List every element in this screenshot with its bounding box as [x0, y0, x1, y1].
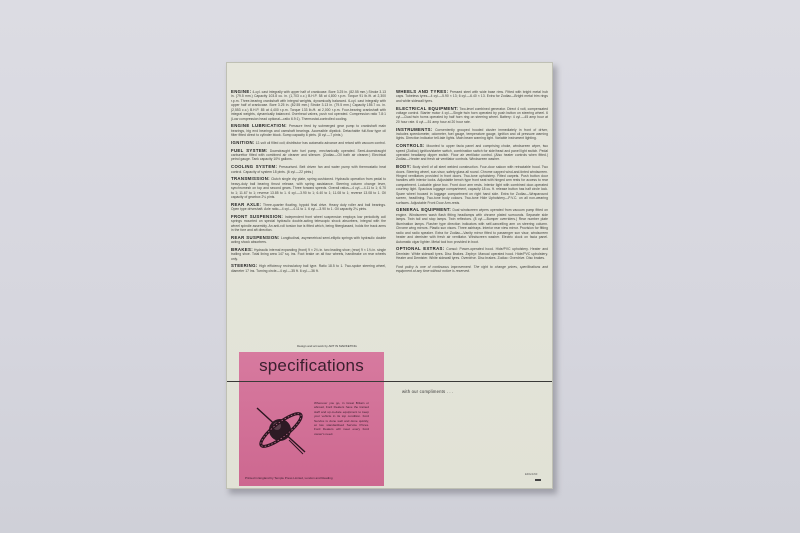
panel-title: specifications [239, 356, 384, 376]
spec-heading: Optional Extras: [396, 246, 445, 251]
spec-heading: Front Suspension: [231, 214, 283, 219]
spec-heading: Engine Lubrication: [231, 123, 287, 128]
spec-section: Optional Extras: Consul: Power-operated … [396, 247, 548, 260]
spec-heading: Ignition: [231, 140, 255, 145]
specifications-panel: specifications Wherever you go, in Great… [239, 352, 384, 486]
spec-heading: Body: [396, 164, 411, 169]
spec-heading: Wheels and Tyres: [396, 89, 448, 94]
spec-text: Dual windscreen wipers operated from vac… [396, 208, 548, 243]
spec-section: Electrical Equipment: Two-level combined… [396, 107, 548, 125]
spec-section: Brakes: Hydraulic internal expanding (fr… [231, 248, 386, 261]
spec-text: 12-volt oil filled coil; distributor has… [256, 141, 386, 145]
spec-section: Engine: 4-cyl. cast integrally with uppe… [231, 90, 386, 121]
dealer-service-text: Wherever you go, in Great Britain or abr… [314, 401, 369, 436]
spec-section: Engine Lubrication: Pressure feed by sub… [231, 124, 386, 137]
print-code: EDG/1/60 [525, 472, 537, 476]
spec-section: Wheels and Tyres: Pressed steel with wid… [396, 90, 548, 103]
spec-column-right: Wheels and Tyres: Pressed steel with wid… [396, 90, 548, 273]
spec-heading: General Equipment: [396, 207, 451, 212]
spec-text: Body shell of all steel welded construct… [396, 165, 548, 205]
spec-heading: Cooling System: [231, 164, 277, 169]
spec-section: Rear Suspension: Longitudinal, asymmetri… [231, 236, 386, 245]
spec-text: Hydraulic internal expanding (front) 9 ×… [231, 248, 386, 261]
spec-text: 4-cyl. cast integrally with upper half o… [231, 90, 386, 121]
design-credit: Design and art work by ART IN MARKETING [271, 344, 383, 348]
policy-note: Ford policy is one of continuous improve… [396, 265, 548, 274]
spec-column-left: Engine: 4-cyl. cast integrally with uppe… [231, 90, 386, 276]
spec-heading: Rear Axle: [231, 202, 261, 207]
spec-section: Ignition: 12-volt oil filled coil; distr… [231, 141, 386, 145]
spec-heading: Steering: [231, 263, 258, 268]
spec-section: Body: Body shell of all steel welded con… [396, 165, 548, 205]
spec-heading: Electrical Equipment: [396, 106, 458, 111]
globe-emblem-icon [253, 402, 309, 458]
spec-section: General Equipment: Dual windscreen wiper… [396, 208, 548, 244]
spec-heading: Controls: [396, 143, 425, 148]
spec-heading: Transmission: [231, 176, 270, 181]
spec-section: Instruments: Conveniently grouped hooded… [396, 128, 548, 141]
spec-heading: Instruments: [396, 127, 433, 132]
spec-section: Controls: Mounted to upper facia panel a… [396, 144, 548, 162]
spec-section: Steering: High efficiency recirculatory … [231, 264, 386, 273]
brochure-page: Engine: 4-cyl. cast integrally with uppe… [226, 62, 553, 489]
print-mark [535, 479, 541, 481]
spec-section: Front Suspension: Independent front whee… [231, 215, 386, 233]
printer-imprint: Printed in England by Temple Press Limit… [245, 476, 375, 480]
spec-section: Fuel System: Downdraught twin fuel pump,… [231, 149, 386, 162]
spec-heading: Fuel System: [231, 148, 268, 153]
spec-heading: Engine: [231, 89, 251, 94]
spec-section: Transmission: Clutch single dry plate, s… [231, 177, 386, 199]
compliments-text: with our compliments . . . [402, 389, 454, 394]
spec-heading: Brakes: [231, 247, 253, 252]
spec-section: Cooling System: Pressurised. Belt driven… [231, 165, 386, 174]
divider-line [227, 381, 553, 382]
spec-heading: Rear Suspension: [231, 235, 280, 240]
spec-section: Rear Axle: Three-quarter floating, hypoi… [231, 203, 386, 212]
